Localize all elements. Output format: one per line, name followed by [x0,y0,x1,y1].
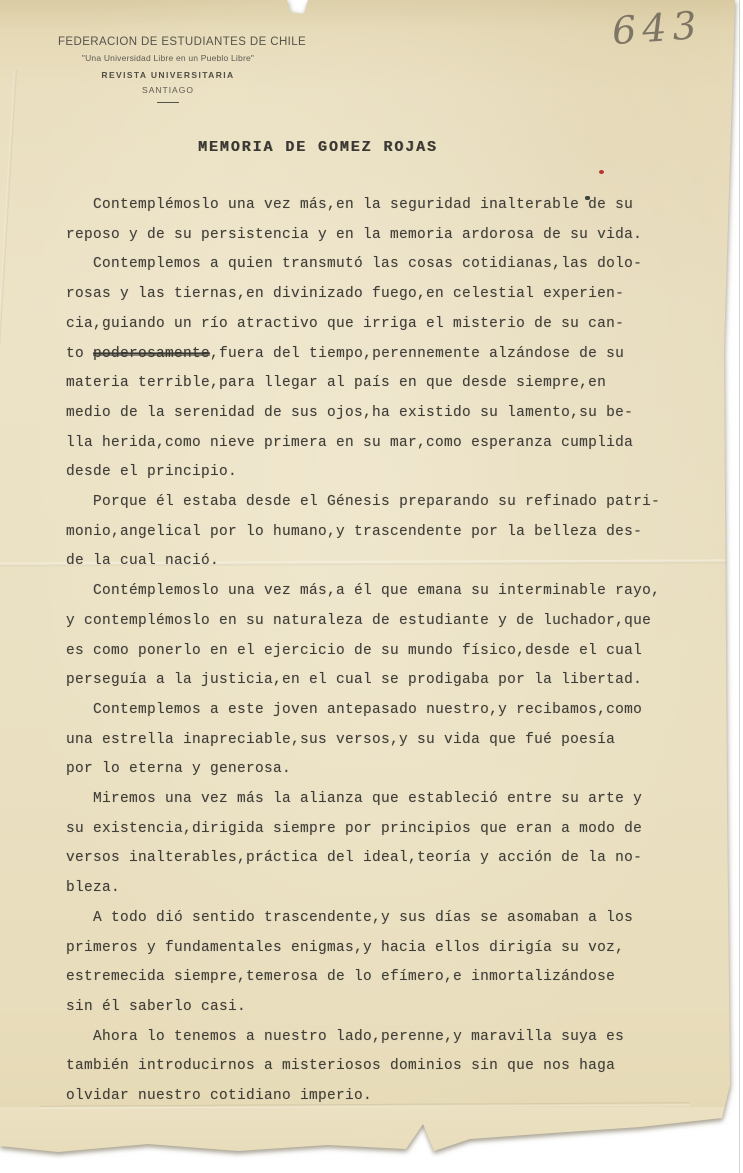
letterhead-publication: REVISTA UNIVERSITARIA [58,70,278,80]
letterhead: FEDERACION DE ESTUDIANTES DE CHILE "Una … [58,36,278,103]
paragraph-6: Miremos una vez más la alianza que estab… [66,785,678,904]
letterhead-city: SANTIAGO [58,85,278,95]
struck-out-word: poderosamente [93,346,210,362]
paragraph-1: Contemplémoslo una vez más,en la segurid… [66,191,678,250]
letterhead-rule [157,102,179,103]
document-title: MEMORIA DE GOMEZ ROJAS [198,139,438,156]
paragraph-4: Contémplemoslo una vez más,a él que eman… [66,577,678,696]
paragraph-5: Contemplemos a este joven antepasado nue… [66,696,678,785]
red-ink-mark [599,170,604,174]
paragraph-3: Porque él estaba desde el Génesis prepar… [66,488,678,577]
paragraph-2: Contemplemos a quien transmutó las cosas… [66,250,678,488]
paragraph-7: A todo dió sentido trascendente,y sus dí… [66,904,678,1023]
paragraph-2-text-after: ,fuera del tiempo,perennemente alzándose… [66,346,633,481]
paper-shadow-wrap: FEDERACION DE ESTUDIANTES DE CHILE "Una … [0,0,743,1173]
document-page: FEDERACION DE ESTUDIANTES DE CHILE "Una … [0,0,743,1173]
paper-crease-diagonal [0,70,17,589]
paper-bottom-strip [0,1107,743,1153]
document-body: Contemplémoslo una vez más,en la segurid… [66,191,678,1107]
letterhead-organization: FEDERACION DE ESTUDIANTES DE CHILE [58,36,278,48]
paragraph-8: Ahora lo tenemos a nuestro lado,perenne,… [66,1023,678,1107]
letterhead-motto: "Una Universidad Libre en un Pueblo Libr… [58,53,278,63]
handwritten-page-number: 643 [611,3,704,53]
